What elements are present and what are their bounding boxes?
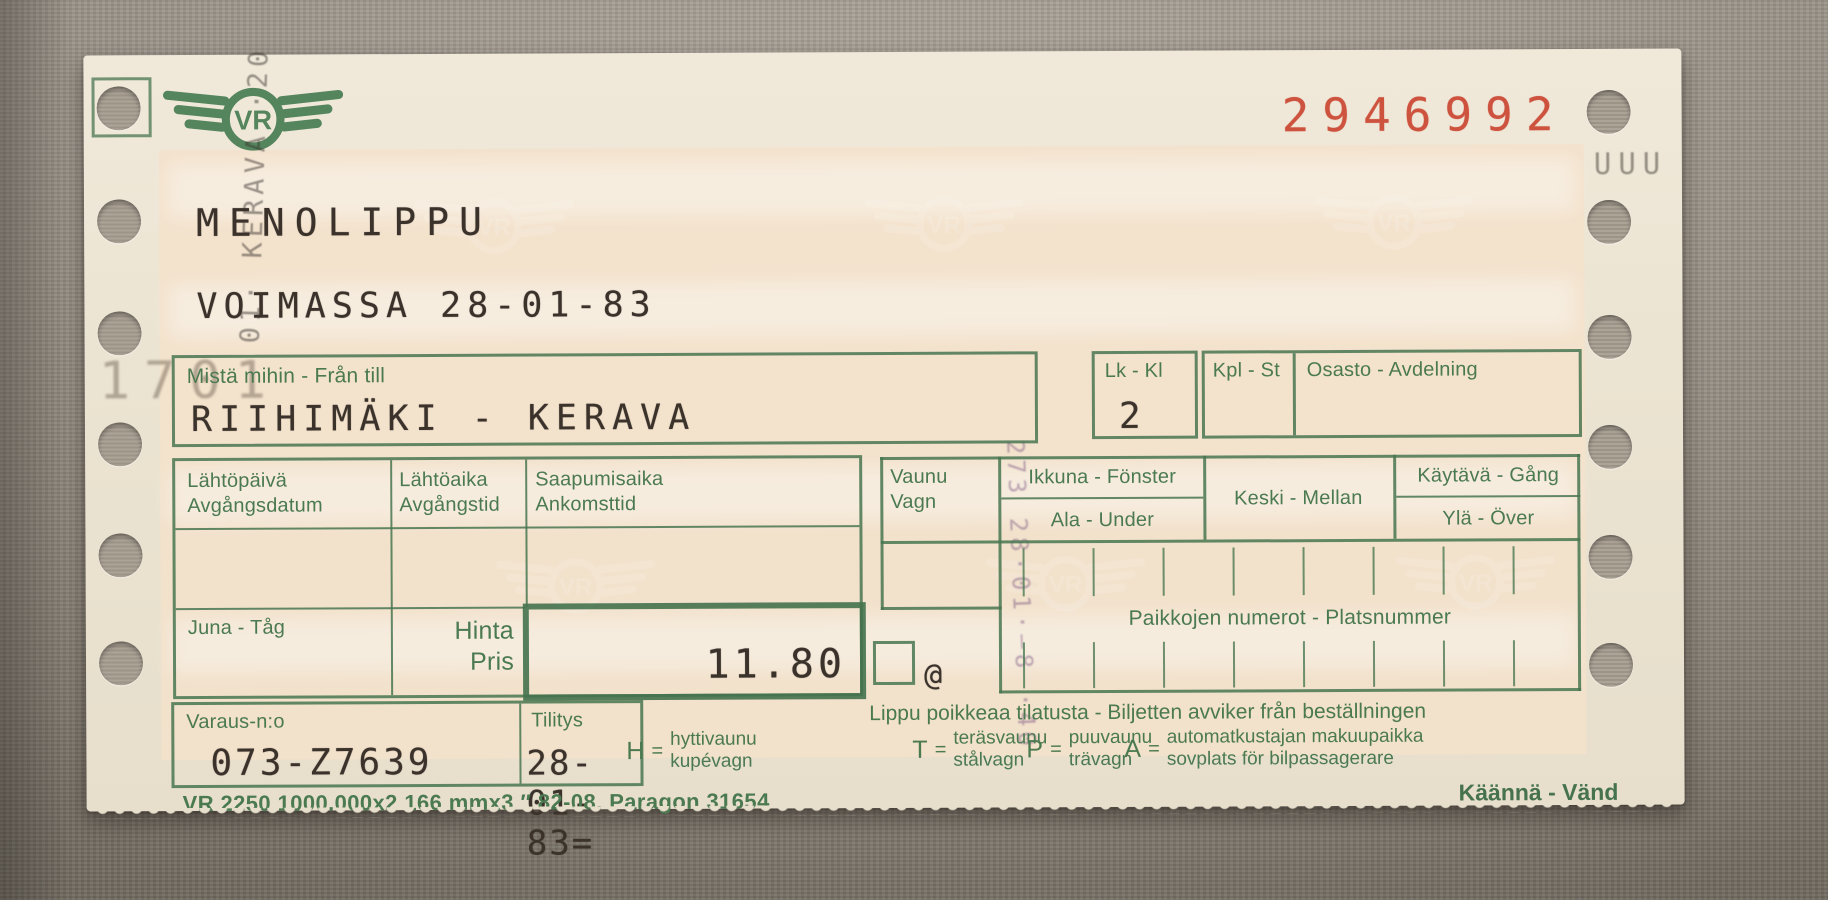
- feed-hole: [1588, 535, 1632, 579]
- divider: [1293, 353, 1296, 435]
- seat-cell-divider: [1093, 642, 1095, 688]
- class-label: Lk - Kl: [1105, 359, 1163, 384]
- column-divider: [525, 460, 528, 607]
- feed-hole: [98, 533, 142, 577]
- equals-sign: =: [1148, 738, 1160, 761]
- turn-over-label: Käännä - Vänd: [1459, 779, 1619, 807]
- header-divider: [880, 538, 1580, 544]
- departure-date-label: Lähtöpäivä Avgångsdatum: [187, 468, 323, 519]
- wagon-label: Vaunu Vagn: [890, 465, 948, 515]
- feed-hole: [97, 311, 141, 355]
- wagon-sv: Vagn: [890, 491, 936, 513]
- seat-cell-divider: [1163, 548, 1165, 596]
- train-ticket: 2946992 01· KERAVA ·20 273 28·01·–8 ·40 …: [83, 49, 1684, 812]
- departure-time-label: Lähtöaika Avgångstid: [399, 468, 500, 518]
- seat-cell-divider: [1233, 641, 1235, 687]
- legend-fi: hyttivaunu: [670, 729, 757, 750]
- legend-code: P: [1026, 735, 1043, 764]
- print-info: VR 2250 1000.000x2 166 mmx3 ″ 82-08. Par…: [183, 789, 770, 818]
- border: [880, 457, 884, 610]
- upper-label: Ylä - Över: [1396, 506, 1580, 532]
- impression-marks: UUU: [1594, 147, 1668, 181]
- route-box: Mistä mihin - Från till RIIHIMÄKI - KERA…: [172, 351, 1038, 447]
- seat-cell-divider: [1513, 640, 1515, 686]
- arrival-time-sv: Ankomsttid: [535, 493, 636, 515]
- price-box: 11.80: [523, 602, 866, 700]
- legend-item-h: H = hyttivaunu kupévagn: [626, 729, 757, 774]
- reservation-box: Varaus-n:o Tilitys 073-Z7639 28-01-83=: [171, 700, 643, 788]
- legend-code: A: [1124, 735, 1141, 764]
- seat-cell-divider: [1303, 547, 1305, 595]
- row-divider: [176, 607, 526, 611]
- legend-fi: automatkustajan makuupaikka: [1167, 726, 1424, 748]
- cell-divider: [1396, 495, 1580, 498]
- wagon-fi: Vaunu: [890, 466, 947, 488]
- feed-hole: [1588, 425, 1632, 469]
- legend-sv: stålvagn: [953, 750, 1024, 771]
- departure-time-fi: Lähtöaika: [399, 469, 488, 491]
- equals-sign: =: [935, 739, 947, 762]
- lower-label: Ala - Under: [1001, 508, 1203, 534]
- seat-cell-divider: [1373, 641, 1375, 687]
- border: [881, 606, 1002, 610]
- seating-box: Vaunu Vagn Ikkuna - Fönster Ala - Under …: [880, 454, 1581, 694]
- deviation-note: Lippu poikkeaa tilatusta - Biljetten avv…: [869, 700, 1426, 726]
- middle-label: Keski - Mellan: [1203, 486, 1393, 512]
- feed-hole: [1588, 315, 1632, 359]
- validity-date: VOIMASSA 28-01-83: [196, 285, 656, 327]
- train-label: Juna - Tåg: [188, 616, 285, 641]
- feed-hole: [97, 199, 141, 243]
- arrival-time-label: Saapumisaika Ankomsttid: [535, 467, 663, 518]
- settlement-label: Tilitys: [531, 708, 583, 733]
- seat-cell-divider: [1023, 642, 1025, 688]
- window-label: Ikkuna - Fönster: [1001, 465, 1203, 491]
- row-divider: [175, 525, 859, 530]
- price-label-fi: Hinta: [454, 617, 513, 645]
- seat-cell-divider: [1093, 548, 1095, 596]
- seat-cell-divider: [1513, 546, 1515, 594]
- legend-text: automatkustajan makuupaikka sovplats för…: [1167, 726, 1424, 772]
- legend-text: hyttivaunu kupévagn: [670, 729, 757, 774]
- equals-sign: =: [651, 740, 663, 763]
- serial-number: 2946992: [1282, 87, 1567, 142]
- seat-cell-divider: [1373, 547, 1375, 595]
- departure-time-sv: Avgångstid: [399, 494, 500, 516]
- reservation-label: Varaus-n:o: [186, 710, 284, 735]
- feed-hole: [1589, 643, 1633, 687]
- legend-sv: kupévagn: [670, 751, 752, 772]
- divider: [519, 704, 521, 784]
- schedule-box: Lähtöpäivä Avgångsdatum Lähtöaika Avgång…: [172, 455, 863, 699]
- photo-background: 2946992 01· KERAVA ·20 273 28·01·–8 ·40 …: [0, 0, 1828, 900]
- class-value: 2: [1119, 396, 1141, 437]
- aisle-label: Käytävä - Gång: [1396, 463, 1580, 489]
- class-box: Lk - Kl 2: [1092, 351, 1198, 439]
- route-value: RIIHIMÄKI - KERAVA: [191, 398, 696, 440]
- legend-sv: sovplats för bilpassagerare: [1167, 748, 1394, 770]
- ticket-type: MENOLIPPU: [196, 200, 492, 245]
- seat-cell-divider: [1163, 642, 1165, 688]
- legend-code: H: [626, 737, 644, 766]
- checkbox: [873, 641, 915, 685]
- arrival-time-fi: Saapumisaika: [535, 468, 663, 491]
- route-label: Mistä mihin - Från till: [187, 363, 385, 390]
- price-value: 11.80: [706, 641, 847, 688]
- price-label-sv: Pris: [470, 648, 514, 676]
- legend-sv: trävagn: [1069, 749, 1132, 770]
- reservation-value: 073-Z7639: [210, 742, 432, 784]
- price-label: Hinta Pris: [386, 616, 514, 679]
- feed-hole: [96, 86, 140, 130]
- seat-numbers-label: Paikkojen numerot - Platsnummer: [999, 604, 1581, 633]
- at-sign: @: [924, 658, 942, 693]
- feed-hole: [1587, 90, 1631, 134]
- seat-cell-divider: [1443, 547, 1445, 595]
- seat-cell-divider: [1443, 641, 1445, 687]
- section-box: Kpl - St Osasto - Avdelning: [1202, 349, 1582, 439]
- seat-cell-divider: [1303, 641, 1305, 687]
- feed-hole: [1587, 200, 1631, 244]
- legend-item-a: A = automatkustajan makuupaikka sovplats…: [1124, 726, 1423, 772]
- departure-date-sv: Avgångsdatum: [187, 494, 323, 517]
- legend-code: T: [912, 736, 927, 765]
- seat-cell-divider: [1023, 548, 1025, 596]
- cell-divider: [1001, 497, 1203, 500]
- pieces-label: Kpl - St: [1213, 358, 1280, 383]
- equals-sign: =: [1050, 738, 1062, 761]
- departure-date-fi: Lähtöpäivä: [187, 470, 287, 492]
- vr-watermark-icon: [1309, 184, 1479, 261]
- feed-hole: [99, 641, 143, 685]
- vr-watermark-icon: [859, 186, 1029, 263]
- feed-hole: [98, 422, 142, 466]
- section-label: Osasto - Avdelning: [1307, 357, 1478, 383]
- seat-cell-divider: [1233, 547, 1235, 595]
